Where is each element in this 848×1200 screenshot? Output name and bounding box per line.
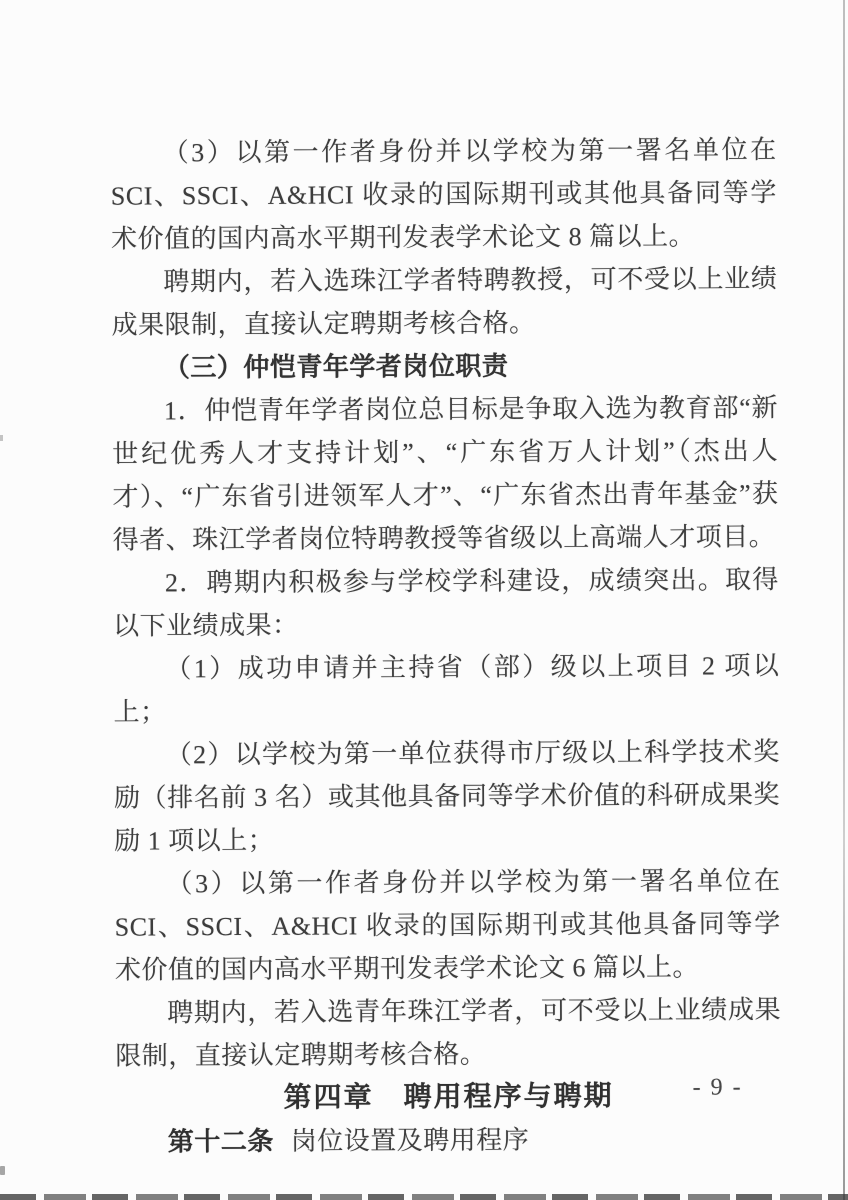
document-text-column: （3）以第一作者身份并以学校为第一署名单位在 SCI、SSCI、A&HCI 收录… bbox=[111, 128, 782, 1163]
body-paragraph-discipline-construction: 2．聘期内积极参与学校学科建设，成绩突出。取得以下业绩成果： bbox=[113, 558, 779, 647]
scan-speck bbox=[0, 435, 3, 441]
scan-bottom-edge-artifact bbox=[0, 1194, 848, 1200]
body-paragraph-item3-8papers: （3）以第一作者身份并以学校为第一署名单位在 SCI、SSCI、A&HCI 收录… bbox=[111, 128, 778, 260]
scan-right-edge-line bbox=[843, 0, 845, 1200]
section-title: 岗位设置及聘用程序 bbox=[291, 1125, 530, 1155]
body-paragraph-item1-projects: （1）成功申请并主持省（部）级以上项目 2 项以上； bbox=[113, 644, 779, 733]
section-term: 第十二条 bbox=[168, 1127, 274, 1157]
body-paragraph-item2-awards: （2）以学校为第一单位获得市厅级以上科学技术奖励（排名前 3 名）或其他具备同等… bbox=[114, 730, 781, 862]
scan-speck bbox=[0, 1166, 5, 1175]
body-paragraph-goal-talent-programs: 1．仲恺青年学者岗位总目标是争取入选为教育部“新世纪优秀人才支持计划”、“广东省… bbox=[112, 386, 779, 561]
subsection-heading-young-scholar-duties: （三）仲恺青年学者岗位职责 bbox=[112, 343, 778, 389]
body-paragraph-item3-6papers: （3）以第一作者身份并以学校为第一署名单位在 SCI、SSCI、A&HCI 收录… bbox=[114, 859, 781, 991]
scanned-print-area: （3）以第一作者身份并以学校为第一署名单位在 SCI、SSCI、A&HCI 收录… bbox=[0, 0, 848, 1200]
body-paragraph-young-pearl-river-exemption: 聘期内，若入选青年珠江学者，可不受以上业绩成果限制，直接认定聘期考核合格。 bbox=[115, 988, 781, 1077]
document-page: （3）以第一作者身份并以学校为第一署名单位在 SCI、SSCI、A&HCI 收录… bbox=[0, 0, 848, 1200]
section-line: 第十二条岗位设置及聘用程序 bbox=[116, 1117, 782, 1163]
body-paragraph-pearl-river-exemption: 聘期内，若入选珠江学者特聘教授，可不受以上业绩成果限制，直接认定聘期考核合格。 bbox=[111, 257, 777, 346]
page-number: - 9 - bbox=[692, 1074, 742, 1101]
chapter-heading: 第四章 聘用程序与聘期 bbox=[115, 1074, 781, 1120]
